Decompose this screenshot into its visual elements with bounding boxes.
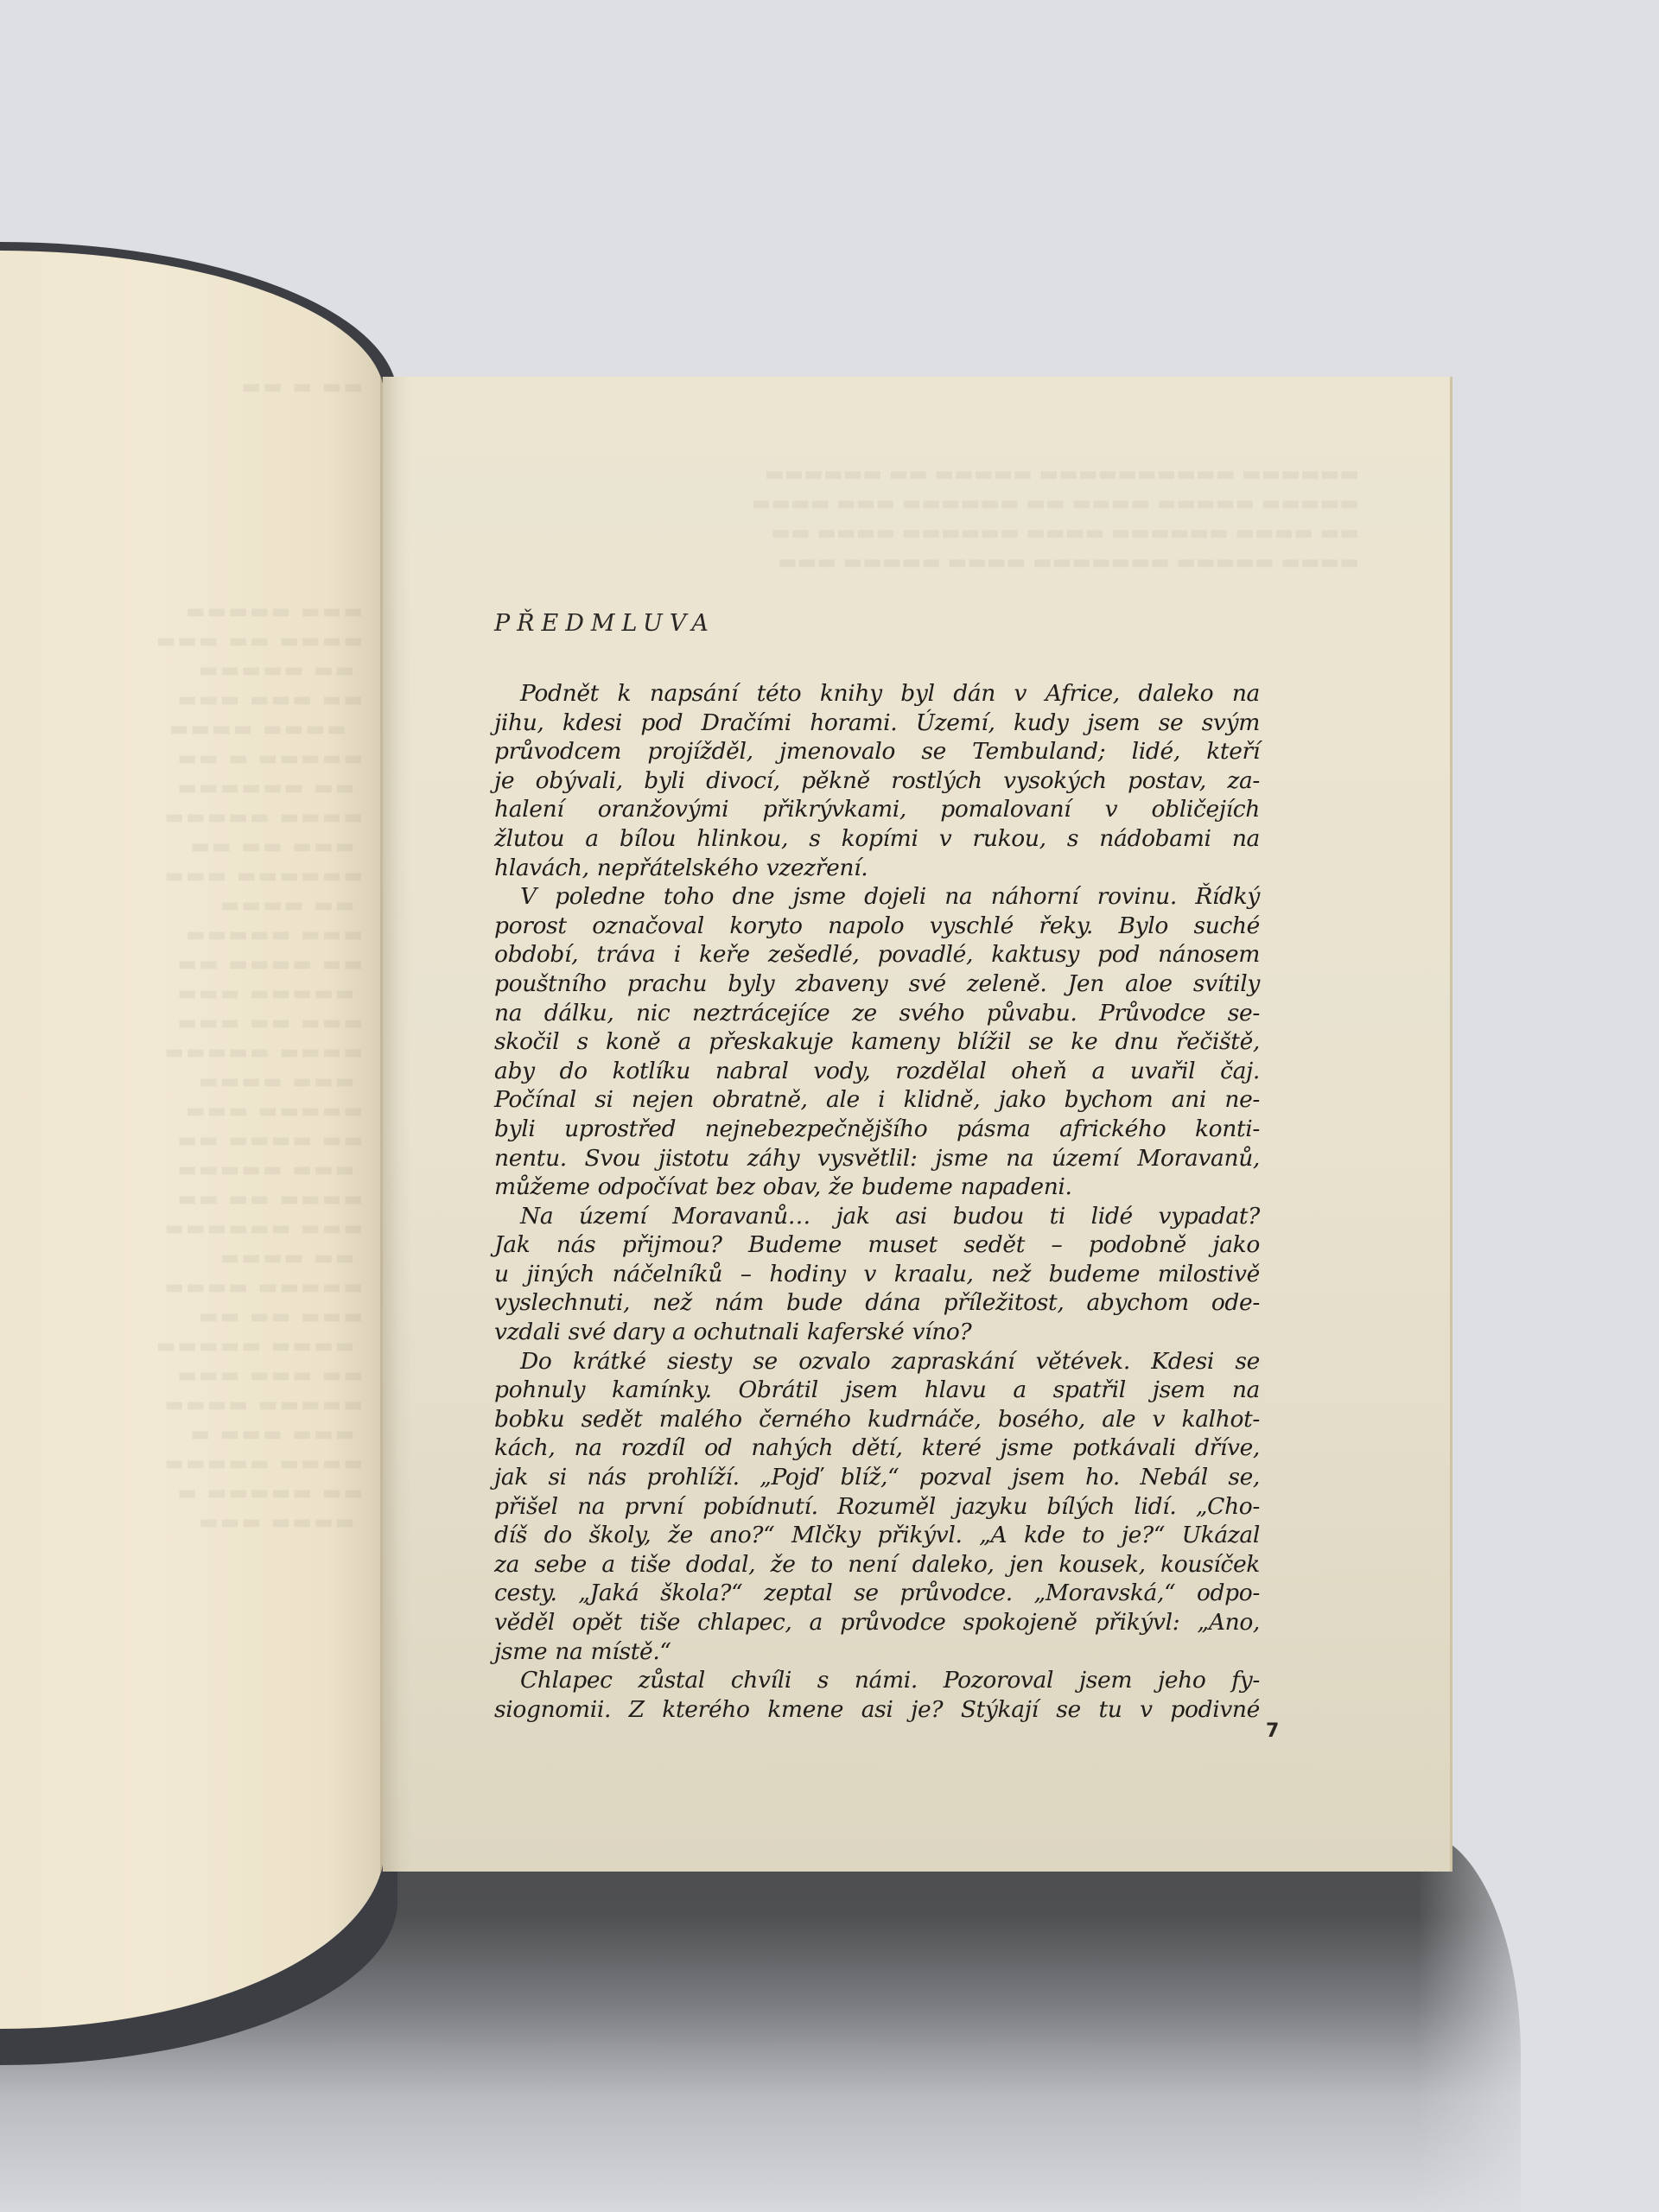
text-line: průvodcem projížděl, jmenovalo se Tembul…	[494, 737, 1260, 766]
text-line: je obývali, byli divocí, pěkně rostlých …	[494, 766, 1260, 796]
show-through-text: ▬▬▬▬▬▬ ▬▬▬▬▬▬▬▬▬▬ ▬▬▬▬▬ ▬▬ ▬▬▬▬▬▬ ▬▬▬▬▬ …	[495, 459, 1359, 576]
text-line: hlavách, nepřátelského vzezření.	[494, 854, 1260, 883]
text-line: díš do školy, že ano?“ Mlčky přikývl. „A…	[494, 1521, 1260, 1550]
text-line: můžeme odpočívat bez obav, že budeme nap…	[494, 1173, 1260, 1202]
text-line: období, tráva i keře zešedlé, povadlé, k…	[494, 940, 1260, 969]
show-through-text: ▬▬▬ ▬▬▬▬▬ ▬▬▬▬ ▬▬ ▬▬▬ ▬▬ ▬▬▬▬▬ ▬▬ ▬▬▬ ▬▬…	[35, 596, 363, 1536]
text-line: byli uprostřed nejnebezpečnějšího pásma …	[494, 1115, 1260, 1144]
text-line: nentu. Svou jistotu záhy vysvětlil: jsme…	[494, 1144, 1260, 1173]
text-line: kách, na rozdíl od nahých dětí, které js…	[494, 1433, 1260, 1463]
text-line: Počínal si nejen obratně, ale i klidně, …	[494, 1085, 1260, 1115]
text-line: Jak nás přijmou? Budeme muset sedět – po…	[494, 1230, 1260, 1260]
text-line: Do krátké siesty se ozvalo zapraskání vě…	[494, 1347, 1260, 1376]
left-page: ▬▬ ▬ ▬▬ ▬▬▬ ▬▬▬▬▬ ▬▬▬▬ ▬▬ ▬▬▬ ▬▬ ▬▬▬▬▬ ▬…	[0, 251, 385, 2029]
page-title: PŘEDMLUVA	[494, 610, 715, 637]
text-line: jak si nás prohlíží. „Pojď blíž,“ pozval…	[494, 1463, 1260, 1492]
text-line: pouštního prachu byly zbaveny své zeleně…	[494, 969, 1260, 999]
text-line: na dálku, nic neztrácejíce ze svého půva…	[494, 999, 1260, 1028]
text-line: halení oranžovými přikrývkami, pomalovan…	[494, 795, 1260, 824]
text-line: V poledne toho dne jsme dojeli na náhorn…	[494, 882, 1260, 912]
text-line: jihu, kdesi pod Dračími horami. Území, k…	[494, 709, 1260, 738]
text-line: žlutou a bílou hlinkou, s kopími v rukou…	[494, 824, 1260, 854]
text-line: jsme na místě.“	[494, 1637, 1260, 1667]
foreword-text: Podnět k napsání této knihy byl dán v Af…	[494, 679, 1260, 1724]
page-number: 7	[1266, 1720, 1279, 1742]
right-page: ▬▬▬▬▬▬ ▬▬▬▬▬▬▬▬▬▬ ▬▬▬▬▬ ▬▬ ▬▬▬▬▬▬ ▬▬▬▬▬ …	[383, 377, 1450, 1872]
text-line: Na území Moravanů… jak asi budou ti lidé…	[494, 1202, 1260, 1231]
text-line: přišel na první pobídnutí. Rozuměl jazyk…	[494, 1492, 1260, 1522]
text-line: cesty. „Jaká škola?“ zeptal se průvodce.…	[494, 1579, 1260, 1608]
text-line: skočil s koně a přeskakuje kameny blížil…	[494, 1027, 1260, 1057]
book-gutter	[380, 377, 411, 1872]
text-line: Chlapec zůstal chvíli s námi. Pozoroval …	[494, 1666, 1260, 1695]
text-line: za sebe a tiše dodal, že to není daleko,…	[494, 1550, 1260, 1580]
text-line: bobku sedět malého černého kudrnáče, bos…	[494, 1405, 1260, 1434]
text-line: u jiných náčelníků – hodiny v kraalu, ne…	[494, 1260, 1260, 1289]
text-line: aby do kotlíku nabral vody, rozdělal ohe…	[494, 1057, 1260, 1086]
text-line: věděl opět tiše chlapec, a průvodce spok…	[494, 1608, 1260, 1637]
text-line: porost označoval koryto napolo vyschlé ř…	[494, 912, 1260, 941]
text-line: vyslechnuti, než nám bude dána příležito…	[494, 1288, 1260, 1318]
text-line: Podnět k napsání této knihy byl dán v Af…	[494, 679, 1260, 709]
text-line: pohnuly kamínky. Obrátil jsem hlavu a sp…	[494, 1376, 1260, 1405]
text-line: siognomii. Z kterého kmene asi je? Stýka…	[494, 1695, 1260, 1725]
show-through-text: ▬▬ ▬ ▬▬	[35, 372, 363, 401]
text-line: vzdali své dary a ochutnali kaferské vín…	[494, 1318, 1260, 1347]
